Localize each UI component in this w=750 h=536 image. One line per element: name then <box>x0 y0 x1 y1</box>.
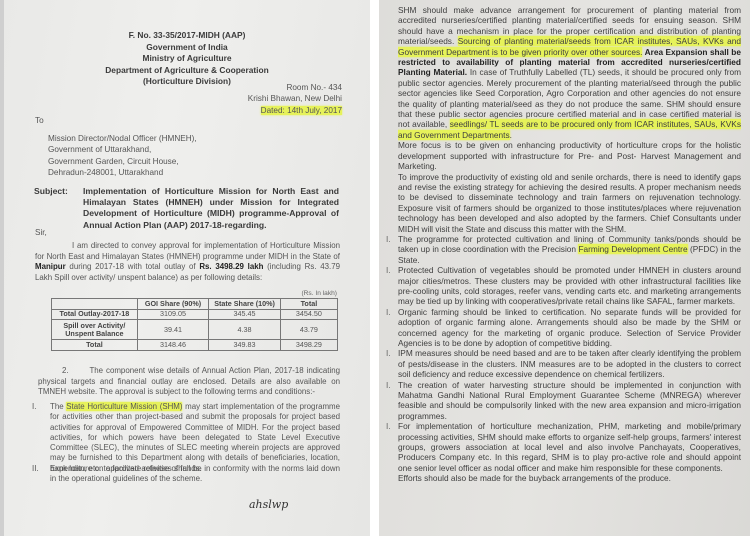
subject-text: Implementation of Horticulture Mission f… <box>83 186 339 231</box>
recipient-address: Mission Director/Nodal Officer (HMNEH), … <box>48 133 197 178</box>
condition-number: I. <box>386 380 391 390</box>
goi-share: 3148.46 <box>137 340 209 351</box>
room-number: Room No.- 434 <box>248 82 342 93</box>
condition-text: The creation of water harvesting structu… <box>398 380 741 421</box>
condition-text: More focus is to be given on enhancing p… <box>398 140 741 171</box>
para-text: I am directed to convey approval for imp… <box>35 241 340 261</box>
salutation: Sir, <box>35 228 47 237</box>
condition-number: I. <box>386 421 391 431</box>
para-text: . <box>510 130 512 140</box>
condition-item: I.Organic farming should be linked to ce… <box>398 307 741 349</box>
condition-item: II. Expenditure on approved activities s… <box>32 464 340 485</box>
condition-text: IPM measures should be need based and ar… <box>398 348 741 379</box>
table-header-row: GOI Share (90%) State Share (10%) Total <box>52 299 338 310</box>
goi-share: 39.41 <box>137 320 209 340</box>
condition-number: II. <box>32 464 46 474</box>
letterhead: F. No. 33-35/2017-MIDH (AAP) Government … <box>4 30 370 88</box>
condition-item: More focus is to be given on enhancing p… <box>398 140 741 171</box>
letterhead-line: Government of India <box>4 42 370 54</box>
condition-number: I. <box>386 307 391 317</box>
row-label: Total Outlay-2017-18 <box>52 309 138 320</box>
condition-text: Organic farming should be linked to cert… <box>398 307 741 348</box>
row-total: 3498.29 <box>280 340 337 351</box>
file-number: F. No. 33-35/2017-MIDH (AAP) <box>4 30 370 42</box>
state-share: 345.45 <box>209 309 281 320</box>
letter-page-2: SHM should make advance arrangement for … <box>379 0 750 536</box>
goi-share: 3109.05 <box>137 309 209 320</box>
condition-item: I.Protected Cultivation of vegetables sh… <box>398 265 741 307</box>
recipient-line: Dehradun-248001, Uttarakhand <box>48 167 197 178</box>
condition-text: Protected Cultivation of vegetables shou… <box>398 265 741 306</box>
state-share: 4.38 <box>209 320 281 340</box>
condition-text: may start implementation of the programm… <box>50 402 340 473</box>
condition-item: I.For implementation of horticulture mec… <box>398 421 741 473</box>
condition-text: To improve the productivity of existing … <box>398 172 741 234</box>
table-unit: (Rs. In lakh) <box>301 290 337 297</box>
planting-material-paragraph: SHM should make advance arrangement for … <box>398 5 741 140</box>
date-line: Dated: 14th July, 2017 <box>261 106 342 115</box>
approval-paragraph: I am directed to convey approval for imp… <box>35 241 340 284</box>
condition-item: I.The creation of water harvesting struc… <box>398 380 741 422</box>
highlighted-text: Farming Development Centre <box>578 244 687 254</box>
condition-text: The <box>50 402 66 411</box>
row-total: 43.79 <box>280 320 337 340</box>
highlighted-text: State Horticulture Mission (SHM) <box>66 402 182 411</box>
outlay-table: GOI Share (90%) State Share (10%) Total … <box>51 298 338 351</box>
letterhead-line: Department of Agriculture & Cooperation <box>4 65 370 77</box>
state-name: Manipur <box>35 262 66 271</box>
recipient-line: Government of Uttarakhand, <box>48 144 197 155</box>
column-header: State Share (10%) <box>209 299 281 310</box>
condition-item: Efforts should also be made for the buyb… <box>398 473 741 483</box>
letterhead-line: Ministry of Agriculture <box>4 53 370 65</box>
condition-text: For implementation of horticulture mecha… <box>398 421 741 473</box>
conditions-continued: SHM should make advance arrangement for … <box>398 5 741 484</box>
to-label: To <box>35 116 44 125</box>
condition-text: Expenditure on approved activities shall… <box>50 464 340 483</box>
recipient-line: Government Garden, Circuit House, <box>48 156 197 167</box>
row-total: 3454.50 <box>280 309 337 320</box>
building: Krishi Bhawan, New Delhi <box>248 93 342 104</box>
subject-label: Subject: <box>34 186 68 196</box>
para-text: during 2017-18 with total outlay of <box>66 262 200 271</box>
condition-number: I. <box>386 348 391 358</box>
scanned-letter: F. No. 33-35/2017-MIDH (AAP) Government … <box>0 0 750 536</box>
table-row: Spill over Activity/ Unspent Balance 39.… <box>52 320 338 340</box>
table-row: Total 3148.46 349.83 3498.29 <box>52 340 338 351</box>
condition-item: I.The programme for protected cultivatio… <box>398 234 741 265</box>
signature: ahslwp <box>249 498 288 511</box>
total-amount: Rs. 3498.29 lakh <box>199 262 263 271</box>
condition-number: I. <box>386 234 391 244</box>
condition-item: I.IPM measures should be need based and … <box>398 348 741 379</box>
column-header: GOI Share (90%) <box>137 299 209 310</box>
terms-paragraph: 2. The component wise details of Annual … <box>38 366 340 398</box>
highlighted-text: seedlings/ TL seeds are to be procured o… <box>398 119 741 139</box>
row-label: Spill over Activity/ Unspent Balance <box>52 320 138 340</box>
column-header: Total <box>280 299 337 310</box>
recipient-line: Mission Director/Nodal Officer (HMNEH), <box>48 133 197 144</box>
column-header <box>52 299 138 310</box>
page-divider <box>370 0 379 536</box>
condition-text: Efforts should also be made for the buyb… <box>398 473 671 483</box>
state-share: 349.83 <box>209 340 281 351</box>
sender-address: Room No.- 434 Krishi Bhawan, New Delhi D… <box>248 82 342 116</box>
condition-number: I. <box>32 402 46 412</box>
condition-item: To improve the productivity of existing … <box>398 172 741 234</box>
row-label: Total <box>52 340 138 351</box>
table-row: Total Outlay-2017-18 3109.05 345.45 3454… <box>52 309 338 320</box>
condition-number: I. <box>386 265 391 275</box>
letter-page-1: F. No. 33-35/2017-MIDH (AAP) Government … <box>4 0 370 536</box>
